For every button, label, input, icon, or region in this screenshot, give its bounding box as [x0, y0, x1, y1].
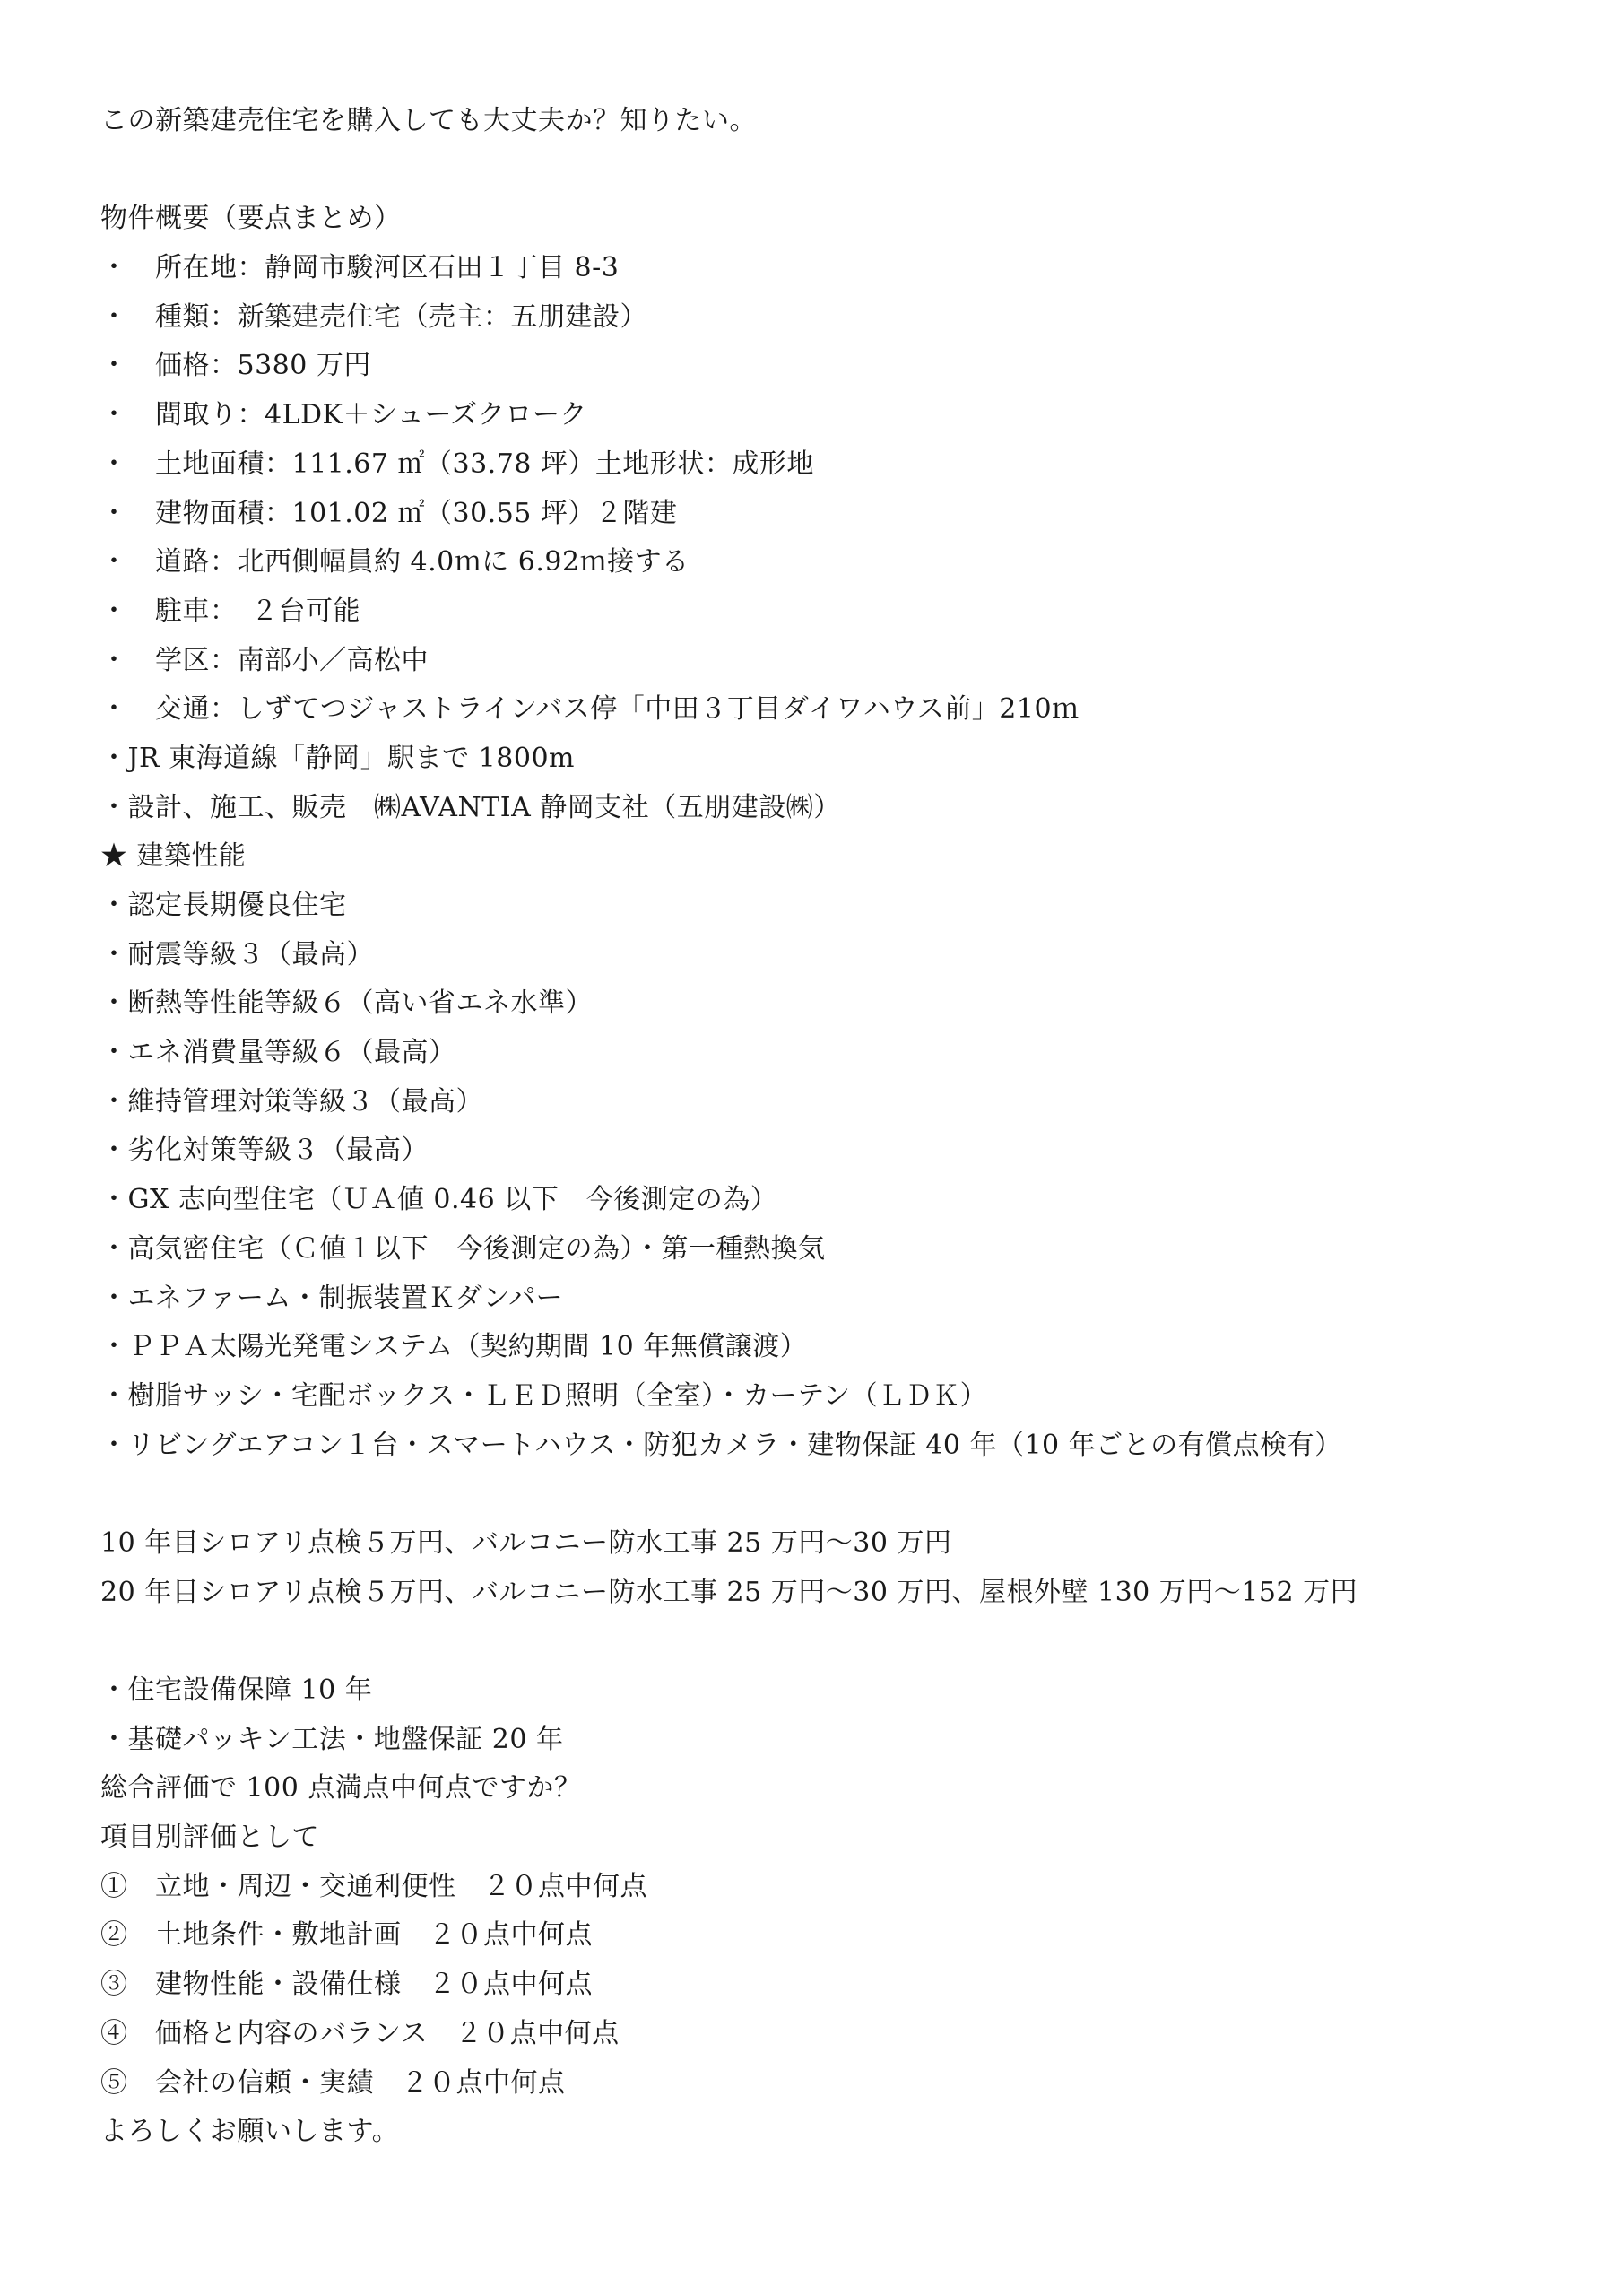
- closing-line: よろしくお願いします。: [100, 2108, 1553, 2157]
- warranty-list: ・住宅設備保障 10 年 ・基礎パッキン工法・地盤保証 20 年: [100, 1666, 1553, 1764]
- overview-item-price: ・ 価格：5380 万円: [100, 342, 1553, 391]
- criteria-item-building: ③ 建物性能・設備仕様 ２０点中何点: [100, 1961, 1553, 2010]
- breakdown-heading: 項目別評価として: [100, 1813, 1553, 1863]
- warranty-item: ・住宅設備保障 10 年: [100, 1666, 1553, 1716]
- spacer: [100, 146, 1553, 196]
- criteria-item-land: ② 土地条件・敷地計画 ２０点中何点: [100, 1911, 1553, 1961]
- overview-item-layout: ・ 間取り：4LDK＋シューズクローク: [100, 391, 1553, 440]
- performance-item: ・認定長期優良住宅: [100, 882, 1553, 931]
- overview-item-transit-bus: ・ 交通：しずてつジャストラインバス停「中田３丁目ダイワハウス前」210ｍ: [100, 685, 1553, 735]
- performance-item: ・維持管理対策等級３（最高）: [100, 1078, 1553, 1127]
- overview-item-type: ・ 種類：新築建売住宅（売主：五朋建設）: [100, 293, 1553, 343]
- intro-question: この新築建売住宅を購入しても大丈夫か？知りたい。: [100, 97, 1553, 146]
- spacer: [100, 1470, 1553, 1519]
- total-score-question: 総合評価で 100 点満点中何点ですか？: [100, 1764, 1553, 1813]
- overview-item-location: ・ 所在地：静岡市駿河区石田１丁目 8-3: [100, 244, 1553, 293]
- performance-item: ・ＰＰＡ太陽光発電システム（契約期間 10 年無償譲渡）: [100, 1323, 1553, 1372]
- overview-item-transit-train: ・JR 東海道線「静岡」駅まで 1800m: [100, 735, 1553, 784]
- performance-heading: ★ 建築性能: [100, 832, 1553, 882]
- summary-heading: 物件概要（要点まとめ）: [100, 195, 1553, 244]
- overview-item-school: ・ 学区：南部小／高松中: [100, 637, 1553, 686]
- performance-item: ・劣化対策等級３（最高）: [100, 1126, 1553, 1176]
- overview-item-road: ・ 道路：北西側幅員約 4.0ｍに 6.92ｍ接する: [100, 538, 1553, 587]
- maintenance-item-20yr: 20 年目シロアリ点検５万円、バルコニー防水工事 25 万円〜30 万円、屋根外…: [100, 1569, 1553, 1618]
- performance-item: ・エネファーム・制振装置Ｋダンパー: [100, 1274, 1553, 1324]
- maintenance-item-10yr: 10 年目シロアリ点検５万円、バルコニー防水工事 25 万円〜30 万円: [100, 1519, 1553, 1569]
- overview-item-parking: ・ 駐車： ２台可能: [100, 587, 1553, 637]
- performance-item: ・GX 志向型住宅（ＵＡ値 0.46 以下 今後測定の為）: [100, 1176, 1553, 1225]
- overview-item-land-area: ・ 土地面積：111.67 ㎡（33.78 坪）土地形状：成形地: [100, 440, 1553, 490]
- performance-item: ・樹脂サッシ・宅配ボックス・ＬＥＤ照明（全室）・カーテン（ＬＤＫ）: [100, 1372, 1553, 1422]
- overview-list: ・ 所在地：静岡市駿河区石田１丁目 8-3 ・ 種類：新築建売住宅（売主：五朋建…: [100, 244, 1553, 832]
- criteria-item-company: ⑤ 会社の信頼・実績 ２０点中何点: [100, 2059, 1553, 2109]
- spacer: [100, 1617, 1553, 1666]
- document-body: この新築建売住宅を購入しても大丈夫か？知りたい。 物件概要（要点まとめ） ・ 所…: [100, 97, 1553, 2157]
- performance-item: ・高気密住宅（Ｃ値１以下 今後測定の為）・第一種熱換気: [100, 1225, 1553, 1274]
- criteria-item-location: ① 立地・周辺・交通利便性 ２０点中何点: [100, 1863, 1553, 1912]
- performance-item: ・耐震等級３（最高）: [100, 931, 1553, 980]
- overview-item-builder: ・設計、施工、販売 ㈱AVANTIA 静岡支社（五朋建設㈱）: [100, 784, 1553, 833]
- overview-item-building-area: ・ 建物面積：101.02 ㎡（30.55 坪）２階建: [100, 490, 1553, 539]
- performance-item: ・エネ消費量等級６（最高）: [100, 1029, 1553, 1078]
- warranty-item: ・基礎パッキン工法・地盤保証 20 年: [100, 1716, 1553, 1765]
- criteria-list: ① 立地・周辺・交通利便性 ２０点中何点 ② 土地条件・敷地計画 ２０点中何点 …: [100, 1863, 1553, 2108]
- performance-list: ・認定長期優良住宅 ・耐震等級３（最高） ・断熱等性能等級６（高い省エネ水準） …: [100, 882, 1553, 1470]
- performance-item: ・断熱等性能等級６（高い省エネ水準）: [100, 979, 1553, 1029]
- performance-item: ・リビングエアコン１台・スマートハウス・防犯カメラ・建物保証 40 年（10 年…: [100, 1422, 1553, 1471]
- criteria-item-price-balance: ④ 価格と内容のバランス ２０点中何点: [100, 2010, 1553, 2059]
- maintenance-list: 10 年目シロアリ点検５万円、バルコニー防水工事 25 万円〜30 万円 20 …: [100, 1519, 1553, 1617]
